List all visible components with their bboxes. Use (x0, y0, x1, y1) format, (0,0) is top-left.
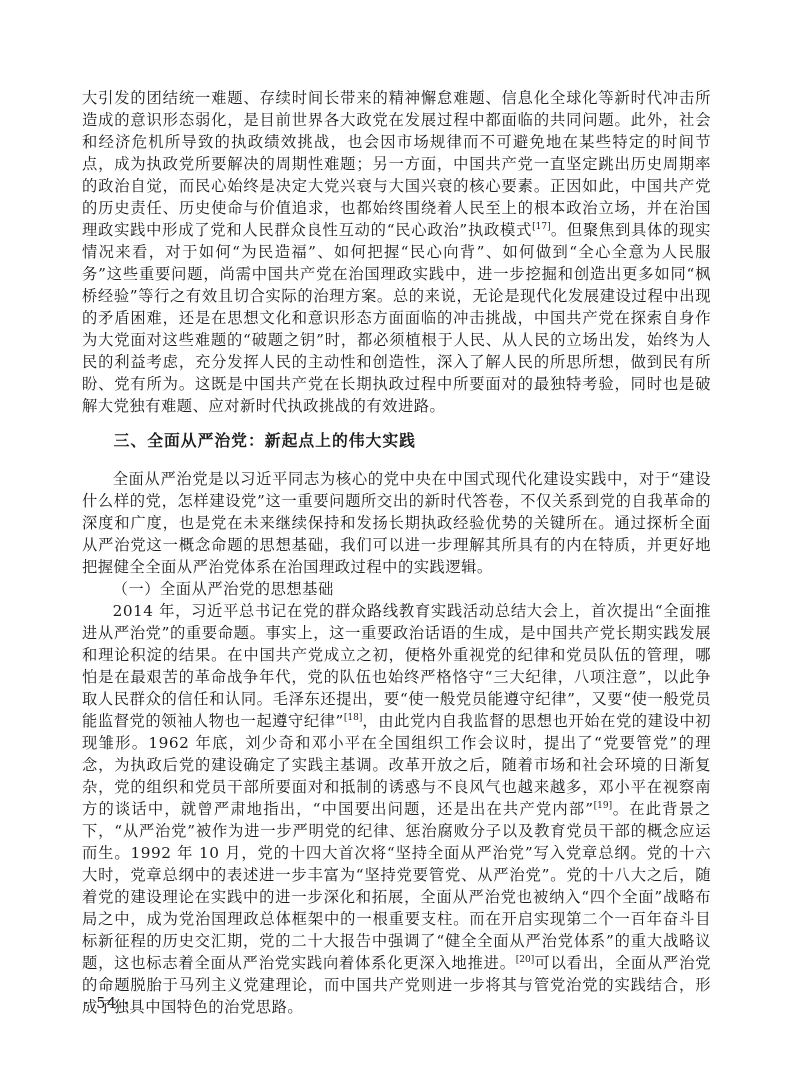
footnote-reference: [18] (344, 713, 362, 723)
footnote-reference: [19] (594, 801, 612, 811)
article-body: 大引发的团结统一难题、存续时间长带来的精神懈怠难题、信息化全球化等新时代冲击所造… (82, 87, 711, 1018)
footnote-reference: [17] (532, 222, 550, 232)
body-paragraph: 全面从严治党是以习近平同志为核心的党中央在中国式现代化建设实践中，对于“建设什么… (82, 468, 711, 578)
subsection-heading: （一）全面从严治党的思想基础 (82, 578, 711, 600)
body-paragraph: 2014 年，习近平总书记在党的群众路线教育实践活动总结大会上，首次提出“全面推… (82, 600, 711, 1018)
footnote-reference: [20] (516, 955, 534, 965)
page-number: · 54 · (84, 996, 130, 1012)
section-heading: 三、全面从严治党：新起点上的伟大实践 (82, 430, 711, 452)
document-page: 大引发的团结统一难题、存续时间长带来的精神懈怠难题、信息化全球化等新时代冲击所造… (0, 0, 794, 1077)
body-paragraph: 大引发的团结统一难题、存续时间长带来的精神懈怠难题、信息化全球化等新时代冲击所造… (82, 87, 711, 417)
